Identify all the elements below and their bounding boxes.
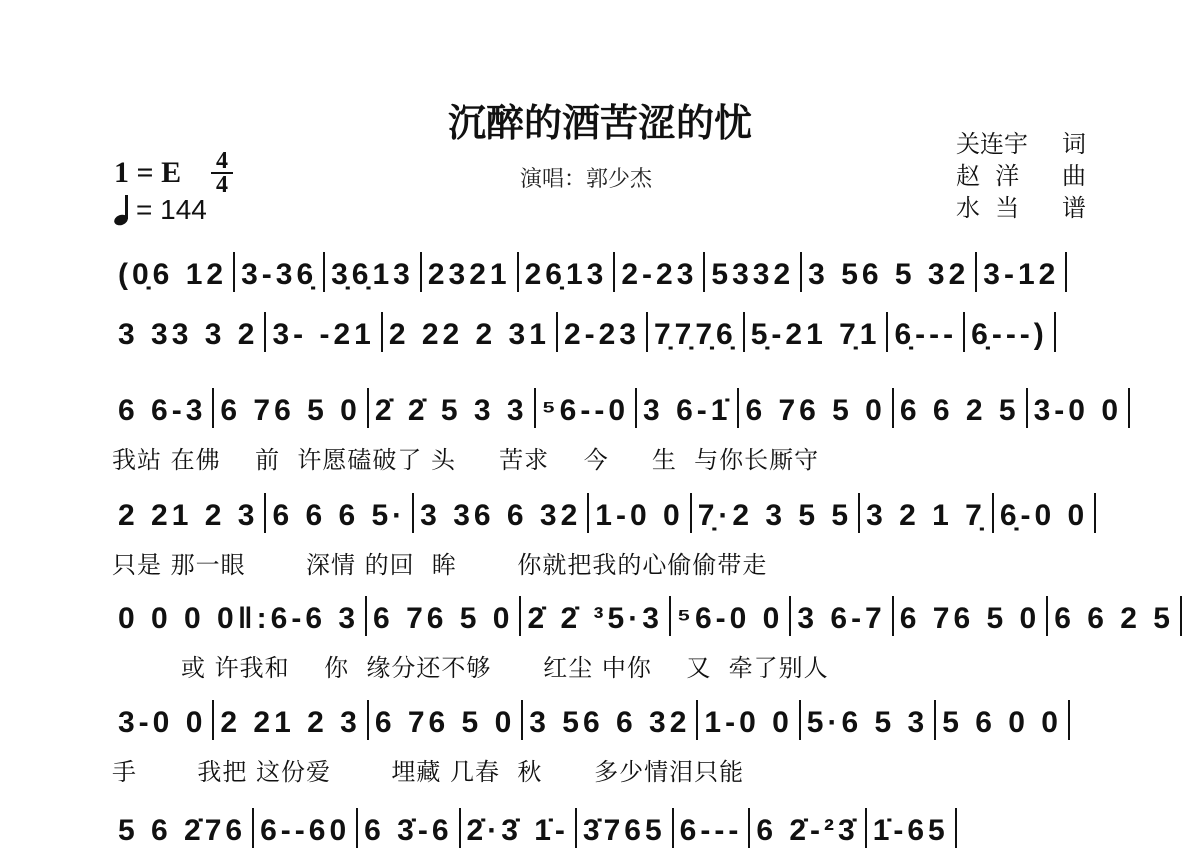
notation: 3-0 02 21 2 36 76 5 03 56 6 321-0 05·6 5… xyxy=(112,700,1070,740)
measure: 5332 xyxy=(705,252,802,292)
measure: 3 36 6 32 xyxy=(414,493,589,533)
credit-composer: 赵 洋 曲 xyxy=(956,160,1086,192)
time-signature: 4 4 xyxy=(211,150,233,196)
score-line-5: 0 0 0 0‖:6-6 36 76 5 02̇ 2̇ ³5·3⁵6-0 03 … xyxy=(112,596,1092,646)
measure: 3- -21 xyxy=(266,312,382,352)
measure: 2321 xyxy=(422,252,519,292)
measure: 2 21 2 3 xyxy=(112,493,266,533)
measure: 3 56 5 32 xyxy=(802,252,977,292)
key-text: 1 = E xyxy=(114,156,181,190)
score-line-7: 5 6 2̇766--606 3̇-62̇·3̇ 1̇- 3̇7656---6 … xyxy=(112,808,1092,850)
lyrics: 我站 在佛 前 许愿磕破了 头 苦求 今 生 与你长厮守 xyxy=(112,440,819,475)
credit-transcriber: 水 当 谱 xyxy=(956,192,1086,224)
measure: 6 2̇-²3̇ xyxy=(750,808,866,848)
score-line-4: 2 21 2 36 6 6 5·3 36 6 321-0 07̣·2 3 5 5… xyxy=(112,493,1092,543)
measure: 6 76 5 0 xyxy=(739,388,893,428)
measure: ⁵6-0 0 xyxy=(671,596,791,636)
measure: 6--60 xyxy=(254,808,358,848)
measure: 5 6 0 0 xyxy=(936,700,1070,740)
measure: 2-23 xyxy=(558,312,648,352)
measure: 1-0 0 xyxy=(698,700,800,740)
lyrics: 手 我把 这份爱 埋藏 几春 秋 多少情泪只能 xyxy=(112,752,744,787)
notation: 3 33 3 23- -212 22 2 312-237̣7̣7̣6̣5̣-21… xyxy=(112,312,1056,352)
credit-lyricist: 关连宇 词 xyxy=(956,128,1086,160)
measure: 3-0 0 xyxy=(112,700,214,740)
measure: 6 3̇-6 xyxy=(358,808,460,848)
measure: 3 6-1̇ xyxy=(637,388,739,428)
measure: 6 76 5 0 xyxy=(894,596,1048,636)
notation: 2 21 2 36 6 6 5·3 36 6 321-0 07̣·2 3 5 5… xyxy=(112,493,1096,533)
key-signature: 1 = E xyxy=(114,156,181,190)
measure: 5 6 2̇76 xyxy=(112,808,254,848)
lyrics: 只是 那一眼 深情 的回 眸 你就把我的心偷偷带走 xyxy=(112,545,767,580)
measure: 3 2 1 7̣ xyxy=(860,493,994,533)
time-bottom: 4 xyxy=(211,174,233,196)
credit-role: 谱 xyxy=(1062,192,1086,224)
measure: 5·6 5 3 xyxy=(801,700,936,740)
measure: (0̣6 12 xyxy=(112,252,235,292)
measure: 3 6-7 xyxy=(791,596,893,636)
measure: 3-36̣ xyxy=(235,252,325,292)
measure: 2̇·3̇ 1̇- xyxy=(461,808,577,848)
notation: 5 6 2̇766--606 3̇-62̇·3̇ 1̇- 3̇7656---6 … xyxy=(112,808,957,848)
notation: (0̣6 123-36̣3̣6̣13232126̣132-2353323 56 … xyxy=(112,252,1067,292)
measure: 1̇-65 xyxy=(867,808,957,848)
measure: 6 6-3 xyxy=(112,388,214,428)
measure: 0 0 0 0‖:6-6 3 xyxy=(112,596,367,636)
measure: 6 76 5 0 xyxy=(214,388,368,428)
score-line-2: 3 33 3 23- -212 22 2 312-237̣7̣7̣6̣5̣-21… xyxy=(112,312,1092,362)
measure: 6̣--- xyxy=(888,312,965,352)
measure: 2-23 xyxy=(615,252,705,292)
score-line-3: 6 6-36 76 5 02̇ 2̇ 5 3 3⁵6--03 6-1̇6 76 … xyxy=(112,388,1092,438)
credit-name: 水 当 xyxy=(956,192,1019,224)
measure: 2̇ 2̇ ³5·3 xyxy=(521,596,670,636)
time-top: 4 xyxy=(211,150,233,172)
measure: 2̇ 2̇ 5 3 3 xyxy=(369,388,536,428)
measure: 3-12 xyxy=(977,252,1067,292)
measure: 3̣6̣13 xyxy=(325,252,422,292)
measure: 6 6 2 5 xyxy=(1048,596,1182,636)
measure: 2 22 2 31 xyxy=(383,312,558,352)
measure: 3̇765 xyxy=(577,808,674,848)
tempo-value: = 144 xyxy=(136,194,207,226)
measure: 26̣13 xyxy=(519,252,616,292)
measure: 6 6 6 5· xyxy=(266,493,414,533)
measure: ⁵6--0 xyxy=(536,388,637,428)
measure: 6̣---) xyxy=(965,312,1056,352)
measure: 3 56 6 32 xyxy=(523,700,698,740)
credit-name: 关连宇 xyxy=(956,128,1028,160)
measure: 3 33 3 2 xyxy=(112,312,266,352)
measure: 6--- xyxy=(674,808,751,848)
credit-name: 赵 洋 xyxy=(956,160,1019,192)
notation: 6 6-36 76 5 02̇ 2̇ 5 3 3⁵6--03 6-1̇6 76 … xyxy=(112,388,1130,428)
credit-role: 曲 xyxy=(1062,160,1086,192)
tempo-marking: = 144 xyxy=(114,194,207,226)
measure: 6 6 2 5 xyxy=(894,388,1028,428)
quarter-note-icon xyxy=(114,195,130,225)
score-line-6: 3-0 02 21 2 36 76 5 03 56 6 321-0 05·6 5… xyxy=(112,700,1092,750)
measure: 6̣-0 0 xyxy=(994,493,1096,533)
measure: 6 76 5 0 xyxy=(369,700,523,740)
measure: 3-0 0 xyxy=(1028,388,1130,428)
credit-role: 词 xyxy=(1062,128,1086,160)
measure: 7̣7̣7̣6̣ xyxy=(648,312,745,352)
notation: 0 0 0 0‖:6-6 36 76 5 02̇ 2̇ ³5·3⁵6-0 03 … xyxy=(112,596,1182,636)
measure: 6 76 5 0 xyxy=(367,596,521,636)
measure: 5̣-21 7̣1 xyxy=(745,312,889,352)
measure: 7̣·2 3 5 5 xyxy=(692,493,860,533)
measure: 2 21 2 3 xyxy=(214,700,368,740)
credits-block: 关连宇 词 赵 洋 曲 水 当 谱 xyxy=(956,128,1086,224)
singer-credit: 演唱：郭少杰 xyxy=(520,162,652,193)
measure: 1-0 0 xyxy=(589,493,691,533)
score-line-1: (0̣6 123-36̣3̣6̣13232126̣132-2353323 56 … xyxy=(112,252,1092,302)
lyrics: 或 许我和 你 缘分还不够 红尘 中你 又 牵了别人 xyxy=(112,648,829,683)
